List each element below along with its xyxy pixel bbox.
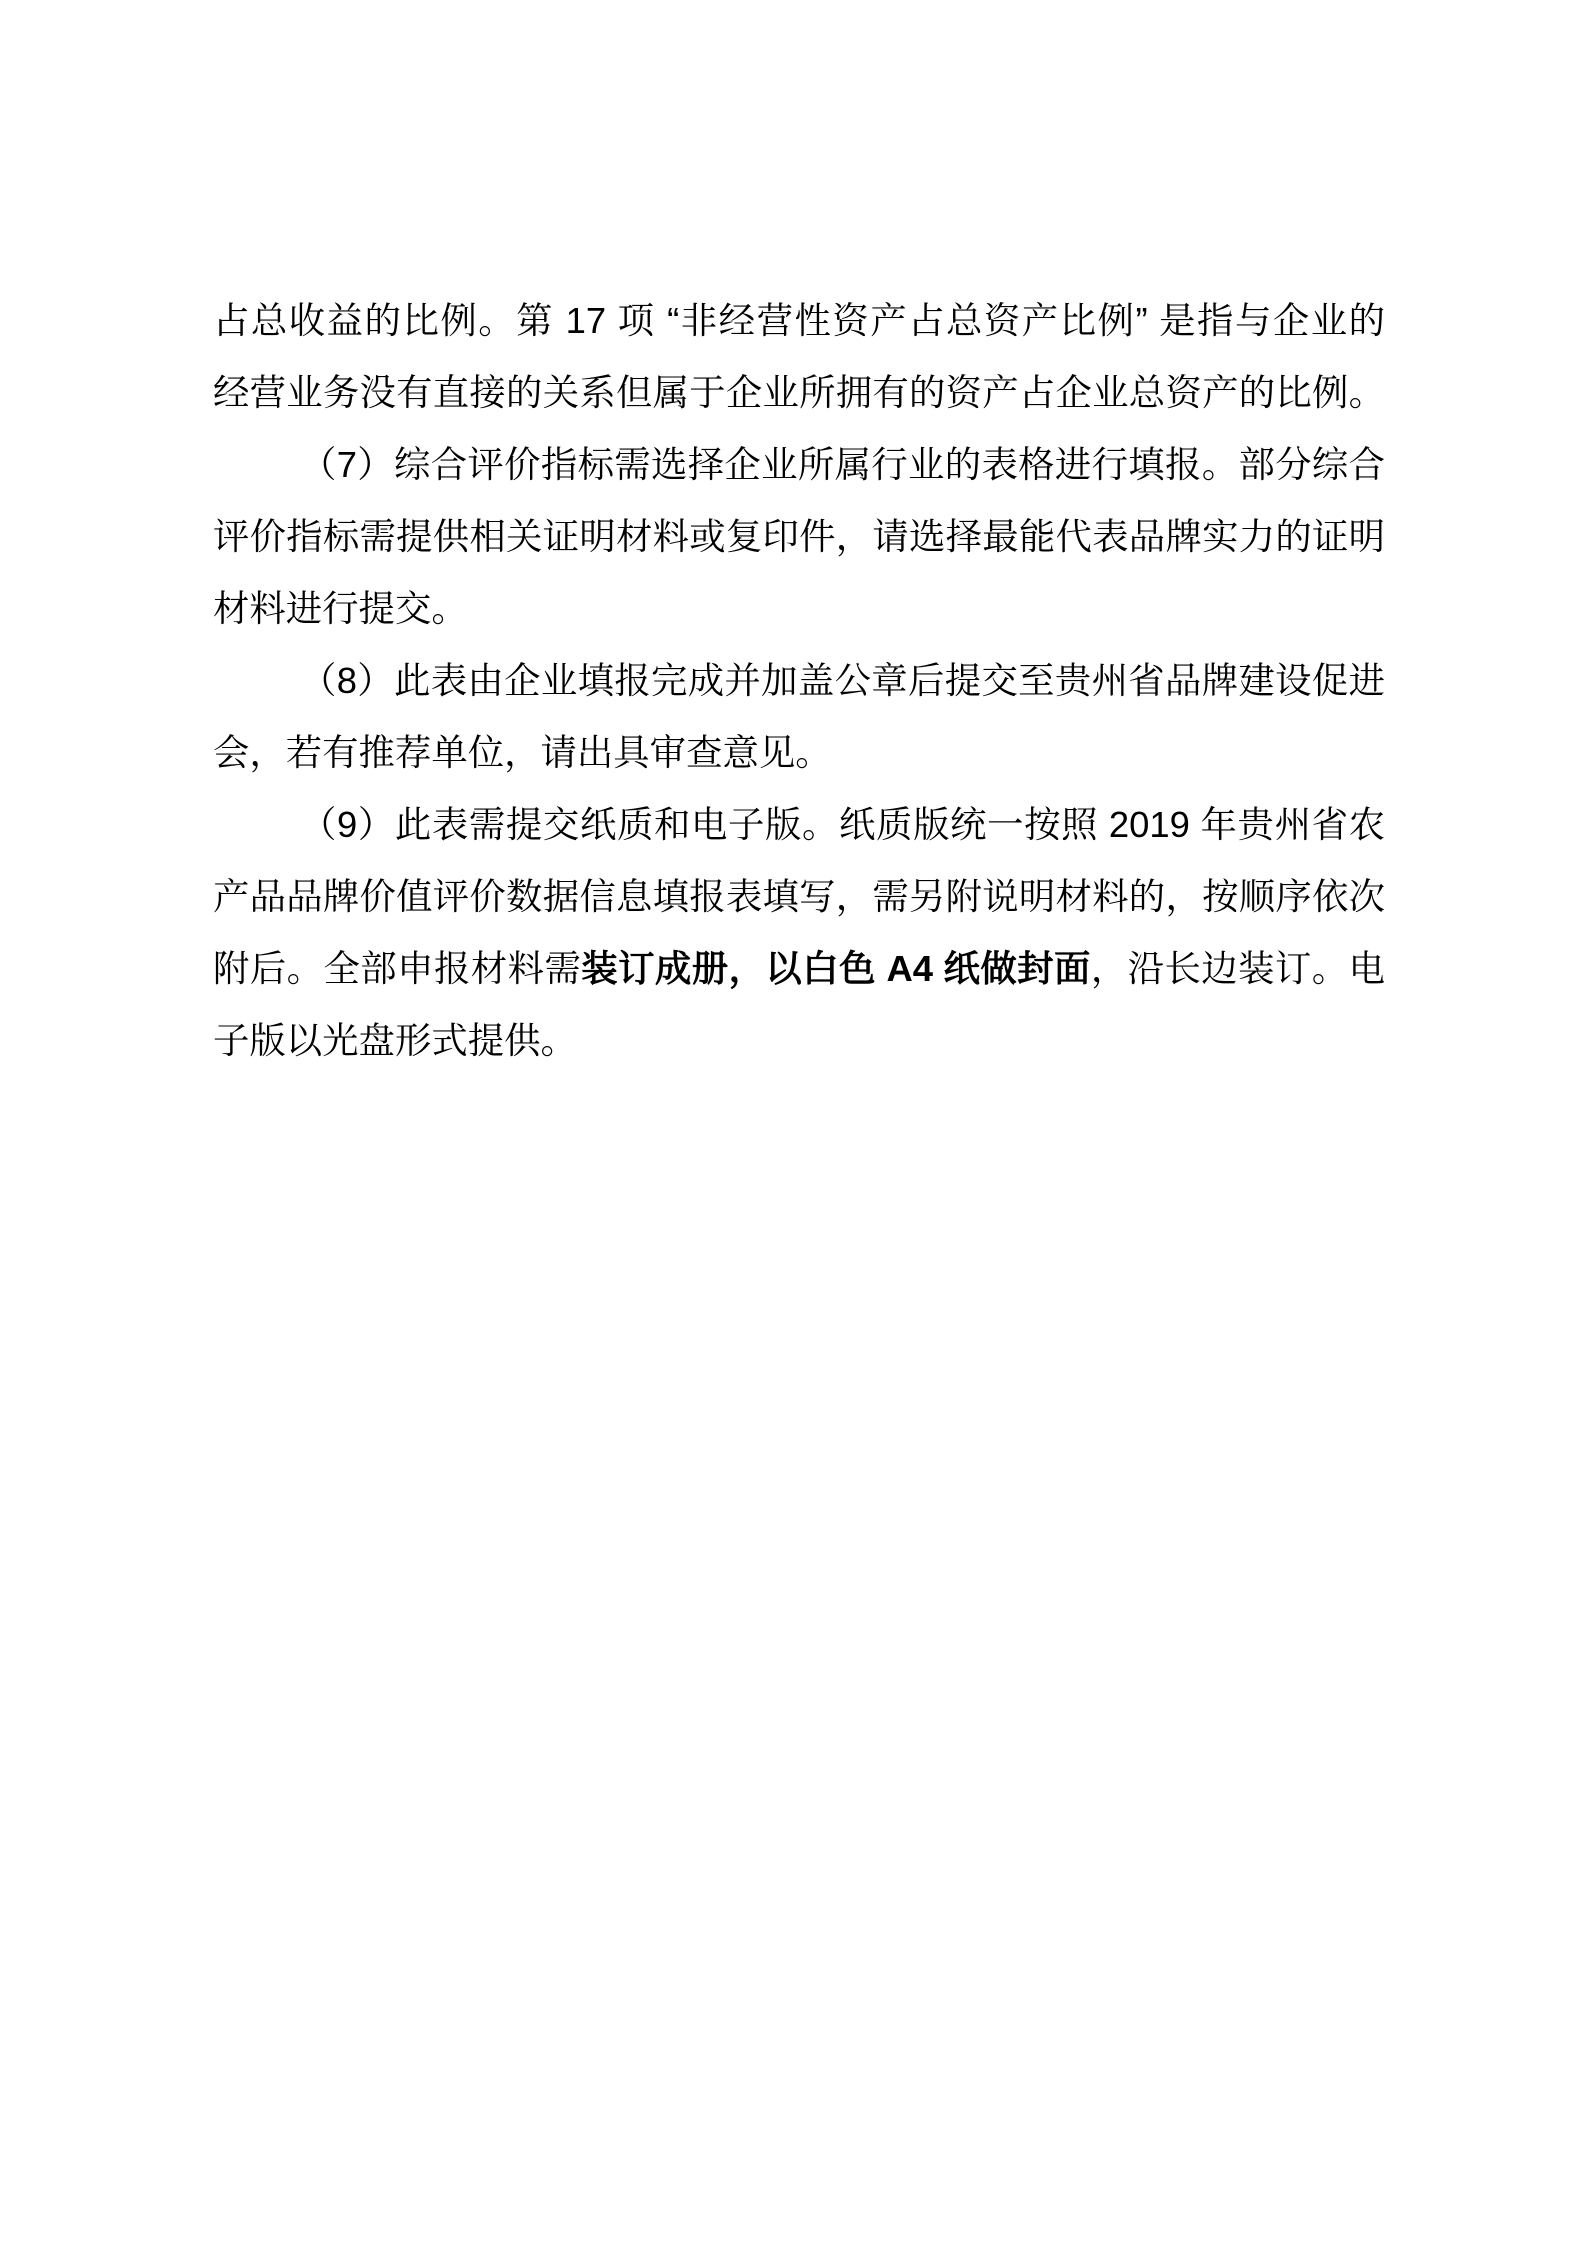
note-9-line-3-bold-binding-requirement: 装订成册，以白色 A4 纸做封面 [581, 948, 1091, 989]
note-9-line-2: 产品品牌价值评价数据信息填报表填写，需另附说明材料的，按顺序依次 [213, 861, 1385, 933]
notes-text-block: 占总收益的比例。第 17 项 “非经营性资产占总资产比例” 是指与企业的 经营业… [213, 285, 1385, 1077]
note-7-line-1: （7）综合评价指标需选择企业所属行业的表格进行填报。部分综合 [213, 429, 1385, 501]
note-9-line-3: 附后。全部申报材料需装订成册，以白色 A4 纸做封面，沿长边装订。电 [213, 933, 1385, 1005]
note-7-line-3: 材料进行提交。 [213, 573, 1385, 645]
note-8-line-1: （8）此表由企业填报完成并加盖公章后提交至贵州省品牌建设促进 [213, 645, 1385, 717]
note-9-line-3-regular-end: ，沿长边装订。电 [1091, 948, 1385, 989]
document-page: 占总收益的比例。第 17 项 “非经营性资产占总资产比例” 是指与企业的 经营业… [0, 0, 1587, 2245]
note-7-line-2: 评价指标需提供相关证明材料或复印件，请选择最能代表品牌实力的证明 [213, 501, 1385, 573]
note-9-line-3-regular-start: 附后。全部申报材料需 [213, 948, 581, 989]
note-8-line-2: 会，若有推荐单位，请出具审查意见。 [213, 717, 1385, 789]
note-9-line-1: （9）此表需提交纸质和电子版。纸质版统一按照 2019 年贵州省农 [213, 789, 1385, 861]
paragraph-continuation-line-1: 占总收益的比例。第 17 项 “非经营性资产占总资产比例” 是指与企业的 [213, 285, 1385, 357]
paragraph-continuation-line-2: 经营业务没有直接的关系但属于企业所拥有的资产占企业总资产的比例。 [213, 357, 1385, 429]
note-9-line-4: 子版以光盘形式提供。 [213, 1005, 1385, 1077]
